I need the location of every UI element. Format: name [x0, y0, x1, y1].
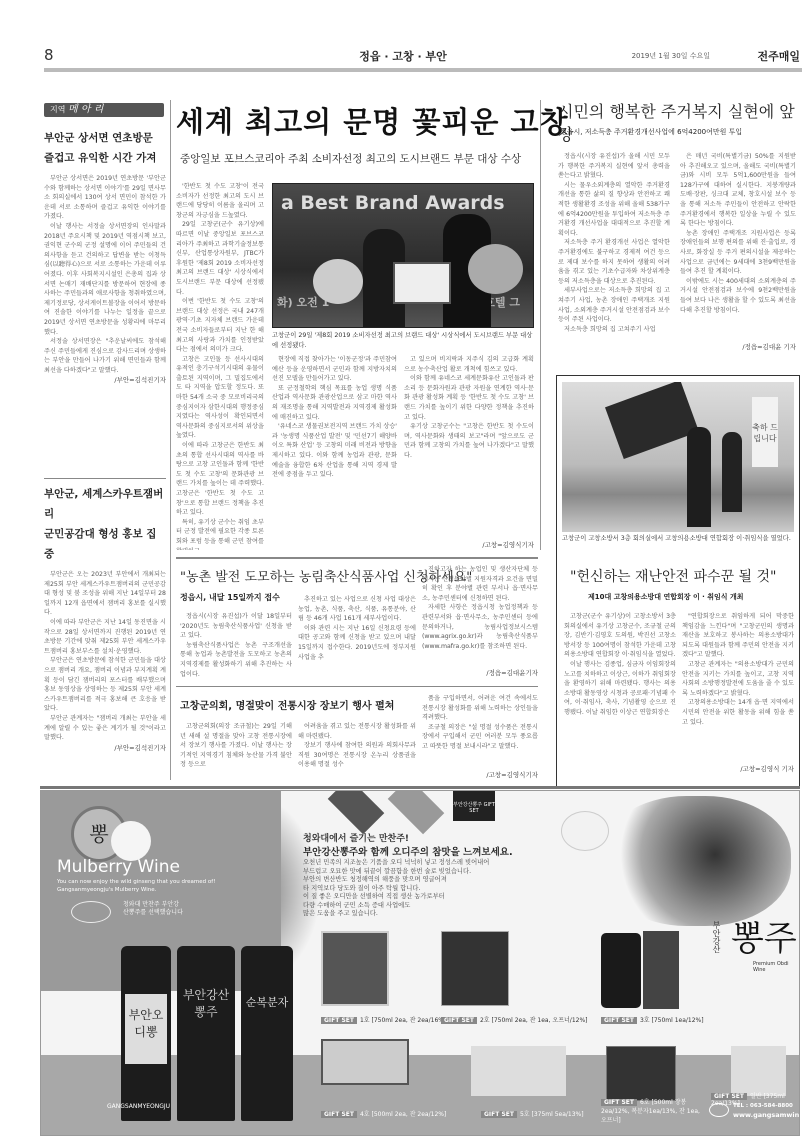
fire-col2: "연합회장으로 취임하게 되어 막중한 책임감을 느낀다"며 "고창군민의 생명…: [682, 612, 794, 762]
byline: /고창=김영식기자: [404, 540, 534, 549]
gift-set-3: GIFT SET3호 [750ml 1ea/12%]: [601, 1015, 704, 1024]
agri-subheadline: 정읍시, 내달 15일까지 접수: [180, 592, 280, 603]
mulberry-fruit-image: [601, 796, 791, 926]
agri-col2: 추진하고 있는 사업으로 신청 사업 대상은 농업, 농촌, 식품, 축산, 식…: [298, 595, 416, 675]
certificate: [393, 262, 451, 304]
article-sangseo: 부안군 상서면 연초방문 즐겁고 유익한 시간 가져 부안군 상서면은 2019…: [44, 128, 166, 384]
housing-col2: 은 매년 국비(특별기금) 50%를 지원받아 추진해오고 있으며, 올해도 국…: [680, 152, 796, 342]
gift-box-general: [731, 1046, 786, 1096]
article-body: 부안군은 오는 2023년 부안에서 개최되는 제25회 부안 세계스카우트잼버…: [44, 570, 166, 743]
photo-caption: 고창군이 고창소방서 3층 회의실에서 고창의용소방대 연합회장 이·취임식을 …: [562, 534, 794, 544]
newspaper-name: 전주매일: [757, 48, 800, 64]
section-rule: [176, 686, 538, 687]
ad-website-link[interactable]: www.gangsamwine.com: [733, 1111, 800, 1119]
market-headline: 고창군의회, 명절맞이 전통시장 장보기 행사 펼쳐: [180, 697, 394, 712]
main-subheadline: 중앙일보 포브스코리아 주최 소비자선정 최고의 도시브랜드 부문 대상 수상: [180, 151, 521, 166]
product-name: Mulberry Wine: [57, 857, 180, 877]
photo-caption: 고창군이 29일 '제8회 2019 소비자선정 최고의 브랜드 대상' 시상식…: [272, 331, 534, 351]
fire-subheadline: 제10대 고창의용소방대 연합회장 이 · 취임식 개최: [588, 592, 744, 602]
gift-set-1: GIFT SET1호 [750ml 2ea, 잔 2ea/16%]: [321, 1015, 446, 1024]
ad-body: 오천년 민족의 지조높은 기품을 오디 넉넉히 넣고 정성스레 빚어내어 부드럽…: [303, 859, 563, 919]
fire-ceremony-photo: 축하 드립니다: [562, 382, 794, 532]
blue-house-emblem-icon: [71, 901, 111, 923]
headline-line1: 부안군, 세계스카우트잼버리: [44, 484, 166, 524]
fire-col1: 고창군(군수 유기상)이 고창소방서 3층 회의실에서 유기상 고창군수, 조규…: [564, 612, 676, 772]
main-col2: 현장에 직접 찾아가는 '이동군정'과 주민참여예산 등을 운영하면서 군민과 …: [272, 355, 397, 550]
issue-date: 2019년 1월 30일 수요일: [632, 51, 710, 61]
award-photo: a Best Brand Awards 화) 오전 1 힐튼호텔 그: [272, 183, 534, 328]
gift-set-5: GIFT SET5호 [375ml 5ea/13%]: [481, 1109, 584, 1118]
housing-headline: 시민의 행복한 주거복지 실현에 앞장: [558, 99, 806, 145]
gift-box-2: [441, 931, 509, 1006]
agri-col3: 진하고자 하는 농업인 및 생산자단체 등에서는 신청분야별 지원자격과 요건을…: [422, 565, 538, 665]
tag-name: 메 아 리: [68, 104, 103, 115]
byline: /정읍=김대윤기자: [422, 668, 538, 677]
byline: /고창=김영식기자: [422, 770, 538, 779]
mascot-icon: [111, 821, 151, 861]
person-woman: [722, 432, 742, 512]
company-logo-icon: [709, 1103, 729, 1117]
article-body: 부안군 상서면은 2019년 연초방문 '부안군수와 함께하는 상서면 이야기'…: [44, 174, 166, 375]
section-rule: [176, 557, 538, 559]
market-col3: 품을 구입하면서, 어려운 여건 속에서도 전통시장 활성화를 위해 노력하는 …: [422, 694, 538, 770]
gift-box-1: [321, 931, 389, 1006]
ad-separator: [40, 786, 800, 789]
mulberry-wine-advertisement[interactable]: 뽕 Mulberry Wine You can now enjoy the wi…: [40, 790, 800, 1136]
gift-box-3: [601, 933, 641, 1008]
tag-prefix: 지역: [50, 105, 65, 114]
gift-set-badge: 부안강산뽕주 GIFT SET: [453, 791, 495, 821]
region-tag: 지역 메 아 리: [44, 103, 164, 117]
housing-subheadline: 정읍시, 저소득층 주거환경개선사업에 6억4200여만원 투입: [560, 127, 742, 137]
divider: [44, 478, 166, 479]
housing-col1: 정읍시(시장 유진섭)가 올해 시민 모두가 행복한 주거복지 실현에 앞서 총…: [558, 152, 670, 352]
article-jamboree: 부안군, 세계스카우트잼버리 군민공감대 형성 홍보 집중 부안군은 오는 20…: [44, 484, 166, 752]
byline: /고창=김영식 기자: [682, 764, 794, 773]
main-headline: 세계 최고의 문명 꽃피운 고창: [176, 100, 569, 141]
gift-set-2: GIFT SET2호 [750ml 2ea, 잔 1ea, 오프너/12%]: [441, 1015, 588, 1024]
column-divider: [540, 100, 541, 550]
fruit-diamond-1: [328, 790, 385, 834]
gift-set-4: GIFT SET4호 [500ml 2ea, 잔 2ea/12%]: [321, 1109, 446, 1118]
header-rule: [44, 68, 802, 72]
market-col1: 고창군의회(의장 조규철)는 29일 기해년 새해 설 명절을 맞아 고창 전통…: [180, 722, 292, 780]
byline: /정읍=김대윤 기자: [680, 342, 796, 351]
headline-line1: 부안군 상서면 연초방문: [44, 128, 166, 148]
headline-line2: 군민공감대 형성 홍보 집중: [44, 524, 166, 564]
ad-headline-2: 부안강산뽕주와 함께 오디주의 참맛을 느껴보세요.: [303, 844, 513, 858]
bottle-2: 부안강산뽕주: [177, 946, 235, 1121]
gift-box-5: [471, 1046, 566, 1096]
gift-box-6: [606, 1046, 676, 1101]
column-divider: [170, 100, 171, 780]
person-flag-bearer: [687, 427, 711, 527]
ad-headline-1: 청와대에서 즐기는 만찬주!: [303, 831, 409, 844]
byline: /부안=김석진기자: [44, 743, 166, 752]
ad-telephone: TEL : 063-584-8800: [733, 1103, 793, 1109]
bouquet-left: [313, 259, 363, 304]
gift-box-4: [321, 1039, 409, 1085]
headline-line2: 즐겁고 유익한 시간 가져: [44, 148, 166, 168]
congrats-banner: 축하 드립니다: [752, 397, 778, 467]
company-logo-text: GANGSANMYEONGJU: [107, 1103, 170, 1110]
fire-headline: "헌신하는 재난안전 파수꾼 될 것": [570, 566, 777, 586]
main-col3: 고 있으며 비지락과 지주식 김의 고급화 계획으로 농수축산업 활로 개척에 …: [404, 355, 534, 540]
gift-bag-3: [643, 931, 679, 1009]
byline: /부안=김석진기자: [44, 375, 166, 384]
market-col2: 어려움을 겪고 있는 전통시장 활성화를 위해 마련됐다. 장보기 행사에 참여…: [298, 722, 416, 780]
main-col1: '한반도 첫 수도 고창'이 전국 소비자가 선정한 최고의 도시 브랜드에 당…: [176, 182, 264, 550]
brand-calligraphy: 뽕주: [731, 911, 797, 960]
flag: [605, 382, 699, 459]
fruit-diamond-2: [388, 790, 445, 834]
bottle-3: 순복분자: [241, 946, 293, 1121]
bouquet-right: [468, 244, 523, 294]
gift-set-6: GIFT SET6호 [500ml 장봉2ea/12%, 복분자1ea/13%,…: [601, 1097, 701, 1124]
mascot-icon: [561, 811, 609, 851]
photo-banner-text: a Best Brand Awards: [281, 192, 505, 214]
bottle-1: 부안오디뽕: [121, 946, 171, 1121]
agri-col1: 정읍시(시장 유진섭)가 이달 18일부터 '2020년도 농림축산식품사업' …: [180, 612, 292, 682]
